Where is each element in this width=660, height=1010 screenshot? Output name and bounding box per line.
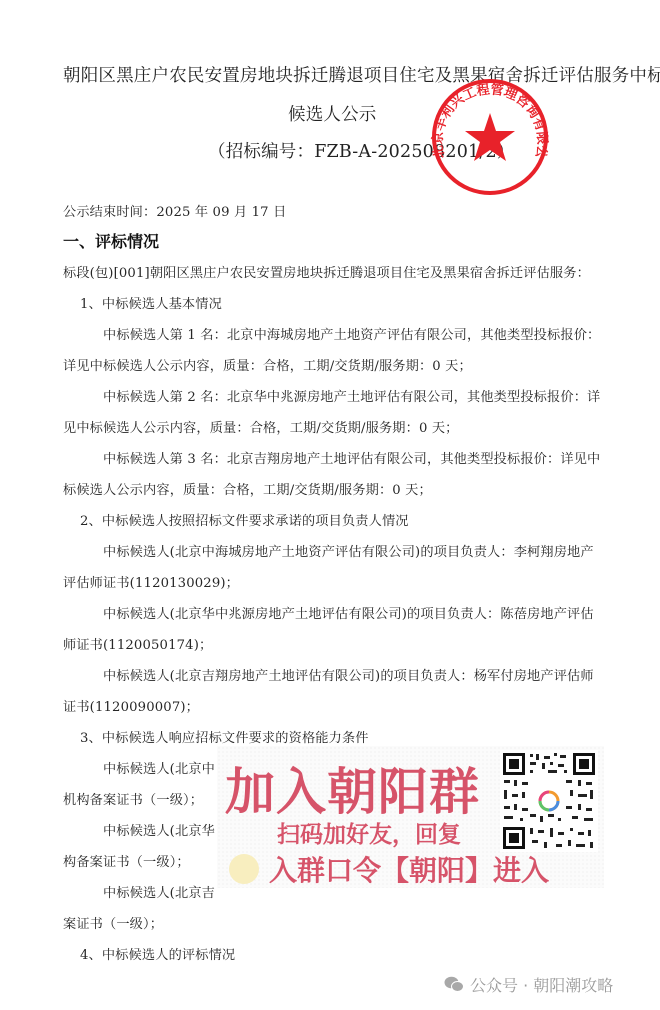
qualification-3-line2: 案证书（一级）； bbox=[63, 913, 163, 932]
document-title-line2: 候选人公示 bbox=[288, 101, 377, 126]
official-seal-icon: 北京丰利兴工程管理咨询有限公司 bbox=[410, 75, 560, 195]
publication-end-time: 公示结束时间：2025 年 09 月 17 日 bbox=[63, 201, 286, 220]
qualification-2-line2: 构备案证书（一级）； bbox=[63, 851, 190, 870]
manager-2-line1: 中标候选人(北京华中兆源房地产土地评估有限公司)的项目负责人：陈蓓房地产评估 bbox=[103, 603, 594, 622]
qualification-3-line1: 中标候选人(北京吉 bbox=[103, 882, 215, 901]
qualification-1-line2: 机构备案证书（一级）； bbox=[63, 789, 203, 808]
wechat-account-watermark: 公众号 · 朝阳潮攻略 bbox=[444, 973, 613, 996]
banner-passphrase: 入群口令【朝阳】进入 bbox=[269, 849, 549, 889]
qualification-1-line1: 中标候选人(北京中 bbox=[103, 758, 215, 777]
wechat-icon bbox=[444, 976, 464, 993]
subheading-project-managers: 2、中标候选人按照招标文件要求承诺的项目负责人情况 bbox=[80, 510, 409, 529]
manager-3-line1: 中标候选人(北京吉翔房地产土地评估有限公司)的项目负责人：杨军付房地产评估师 bbox=[103, 665, 594, 684]
qualification-2-line1: 中标候选人(北京华 bbox=[103, 820, 215, 839]
candidate-3-line1: 中标候选人第 3 名：北京吉翔房地产土地评估有限公司，其他类型投标报价：详见中 bbox=[103, 448, 600, 467]
document-title-line1: 朝阳区黑庄户农民安置房地块拆迁腾退项目住宅及黑果宿舍拆迁评估服务中标 bbox=[63, 62, 660, 87]
manager-1-line1: 中标候选人(北京中海城房地产土地资产评估有限公司)的项目负责人：李柯翔房地产 bbox=[103, 541, 594, 560]
decorative-dot-icon bbox=[229, 854, 259, 884]
manager-3-line2: 证书(1120090007)； bbox=[63, 696, 199, 715]
manager-2-line2: 师证书(1120050174)； bbox=[63, 634, 212, 653]
qr-code-icon[interactable] bbox=[500, 750, 598, 852]
subheading-evaluation-details: 4、中标候选人的评标情况 bbox=[80, 944, 235, 963]
banner-headline: 加入朝阳群 bbox=[225, 752, 480, 824]
section-heading-evaluation: 一、评标情况 bbox=[63, 229, 159, 252]
account-name: 公众号 · 朝阳潮攻略 bbox=[470, 973, 613, 996]
manager-1-line2: 评估师证书(1120130029)； bbox=[63, 572, 239, 591]
lot-description: 标段(包)[001]朝阳区黑庄户农民安置房地块拆迁腾退项目住宅及黑果宿舍拆迁评估… bbox=[63, 262, 590, 281]
candidate-2-line2: 见中标候选人公示内容，质量：合格，工期/交货期/服务期：0 天； bbox=[63, 417, 459, 436]
candidate-1-line1: 中标候选人第 1 名：北京中海城房地产土地资产评估有限公司，其他类型投标报价： bbox=[103, 324, 600, 343]
candidate-2-line1: 中标候选人第 2 名：北京华中兆源房地产土地评估有限公司，其他类型投标报价：详 bbox=[103, 386, 600, 405]
subheading-qualifications: 3、中标候选人响应招标文件要求的资格能力条件 bbox=[80, 727, 369, 746]
candidate-3-line2: 标候选人公示内容，质量：合格，工期/交货期/服务期：0 天； bbox=[63, 479, 432, 498]
banner-instruction: 扫码加好友，回复 bbox=[277, 816, 461, 849]
subheading-candidates-basic: 1、中标候选人基本情况 bbox=[80, 293, 222, 312]
candidate-1-line2: 详见中标候选人公示内容，质量：合格，工期/交货期/服务期：0 天； bbox=[63, 355, 472, 374]
join-group-banner[interactable]: 加入朝阳群 扫码加好友，回复 入群口令【朝阳】进入 bbox=[217, 746, 604, 888]
